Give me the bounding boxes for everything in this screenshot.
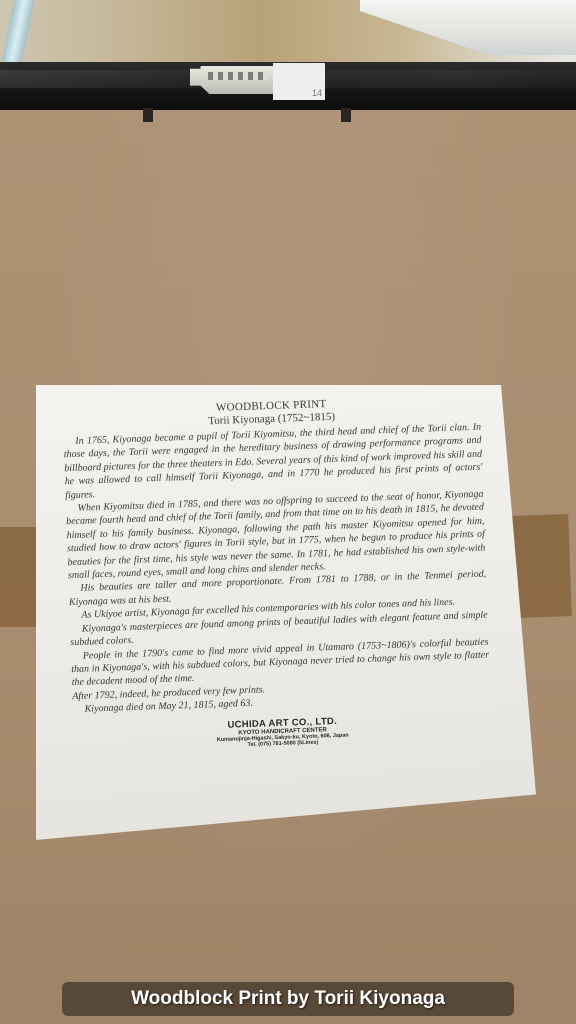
inventory-tag: 14 bbox=[273, 63, 325, 100]
wall-molding bbox=[360, 0, 576, 55]
frame-clip bbox=[143, 108, 153, 122]
info-sheet-text: WOODBLOCK PRINT Torii Kiyonaga (1752~181… bbox=[62, 393, 492, 754]
hanger-teeth bbox=[208, 72, 268, 80]
caption-bar: Woodblock Print by Torii Kiyonaga bbox=[62, 982, 514, 1016]
paragraph: When Kiyomitsu died in 1785, and there w… bbox=[65, 488, 486, 583]
wall-pipe bbox=[1, 0, 34, 62]
tag-number: 14 bbox=[312, 88, 322, 98]
frame-clip bbox=[341, 108, 351, 122]
caption-text: Woodblock Print by Torii Kiyonaga bbox=[131, 988, 445, 1010]
